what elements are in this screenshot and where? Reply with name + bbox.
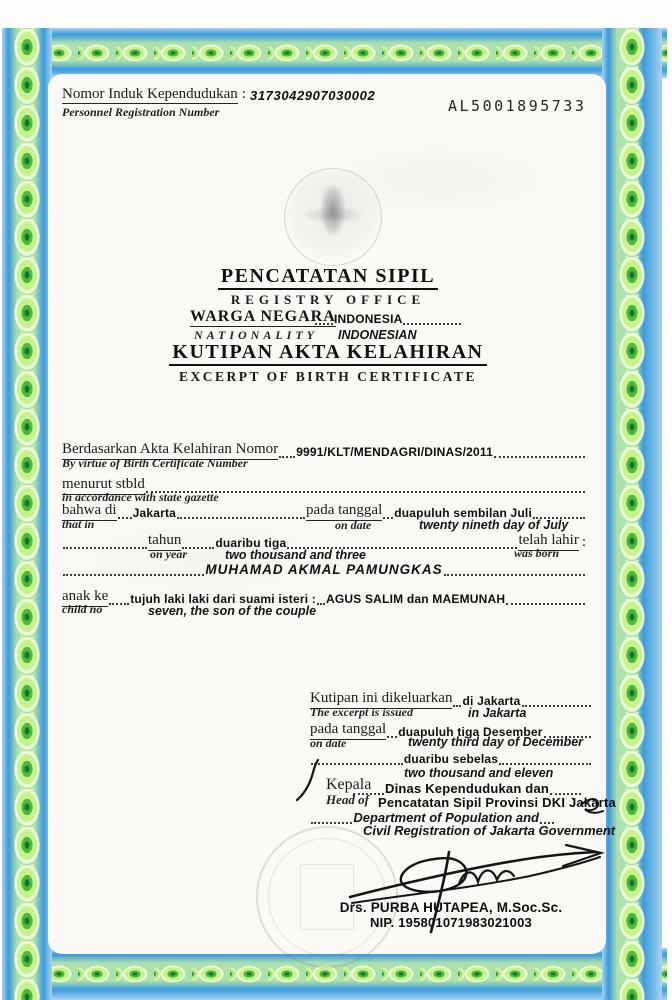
- basis-value: 9991/KLT/MENDAGRI/DINAS/2011: [296, 446, 493, 460]
- issue-year-row: duaribu sebelas: [310, 751, 592, 767]
- dotted-leader: [383, 505, 393, 519]
- issue-date-en: twenty third day of December: [408, 735, 583, 749]
- signer-nip: NIP. 195801071983021003: [310, 916, 592, 931]
- nik-field: Nomor Induk Kependudukan : Personnel Reg…: [62, 85, 246, 121]
- year-label-en: on year: [150, 548, 187, 562]
- title-registry-office: REGISTRY OFFICE: [52, 292, 604, 308]
- title-pencatatan-sipil: PENCATATAN SIPIL: [218, 265, 438, 290]
- dotted-leader: [403, 311, 461, 325]
- issued-place-en: in Jakarta: [468, 706, 526, 720]
- birth-certificate-scan: Nomor Induk Kependudukan : Personnel Reg…: [0, 0, 672, 1000]
- issue-year-id: duaribu sebelas: [404, 753, 498, 767]
- serial-number: AL5001895733: [448, 97, 586, 115]
- nik-value: 3173042907030002: [250, 89, 375, 104]
- birth-date-en: twenty nineth day of July: [419, 518, 568, 532]
- issue-date-label-en: on date: [310, 737, 346, 751]
- date-label-en: on date: [335, 519, 371, 533]
- place-label-en: that in: [62, 518, 94, 532]
- dotted-leader: [118, 505, 132, 519]
- dotted-leader: [63, 562, 204, 576]
- office-line2-id: Pencatatan Sipil Provinsi DKI Jakarta: [378, 796, 616, 811]
- dotted-leader: [387, 724, 397, 738]
- embossed-official-seal: [256, 826, 398, 968]
- child-name: MUHAMAD AKMAL PAMUNGKAS: [205, 562, 442, 578]
- child-value-en: seven, the son of the couple: [148, 604, 316, 618]
- dotted-leader: [279, 444, 295, 458]
- border-left: [2, 28, 52, 1000]
- dotted-leader: [315, 311, 333, 325]
- dotted-leader: [453, 693, 461, 707]
- dotted-leader: [522, 693, 591, 707]
- born-label-en: was born: [514, 547, 559, 561]
- dotted-leader: [550, 781, 581, 795]
- place-value: Jakarta: [133, 507, 176, 521]
- title-excerpt-birth-certificate: EXCERPT OF BIRTH CERTIFICATE: [52, 369, 604, 385]
- dotted-leader: [182, 535, 214, 549]
- nik-label-id: Nomor Induk Kependudukan: [62, 86, 238, 104]
- dotted-leader: [353, 781, 384, 795]
- dotted-leader: [444, 562, 585, 576]
- dotted-leader: [63, 535, 147, 549]
- registry-office-title: PENCATATAN SIPIL REGISTRY OFFICE: [52, 265, 604, 308]
- nationality-value-row: INDONESIA: [314, 311, 462, 327]
- nik-label-en: Personnel Registration Number: [62, 105, 219, 119]
- border-right: [602, 28, 662, 1000]
- dotted-leader: [311, 751, 403, 765]
- birth-year-en: two thousand and three: [225, 548, 366, 562]
- dotted-leader: [311, 810, 352, 824]
- dotted-leader: [287, 535, 517, 549]
- child-value-id-2: AGUS SALIM dan MAEMUNAH: [326, 593, 505, 607]
- border-top: [2, 28, 667, 78]
- title-kutipan-akta-kelahiran: KUTIPAN AKTA KELAHIRAN: [169, 341, 486, 366]
- child-label-en: child no: [62, 603, 102, 617]
- dotted-leader: [533, 505, 585, 519]
- document-title: KUTIPAN AKTA KELAHIRAN EXCERPT OF BIRTH …: [52, 341, 604, 385]
- basis-label-en: By virtue of Birth Certificate Number: [62, 457, 248, 471]
- nationality-value-id: INDONESIA: [334, 313, 402, 327]
- dotted-leader: [540, 810, 554, 824]
- issued-label-en: The excerpt is issued: [310, 706, 413, 720]
- dotted-leader: [494, 444, 585, 458]
- nik-colon: :: [242, 86, 246, 102]
- dotted-leader: [109, 591, 129, 605]
- child-number-row: anak ke tujuh laki laki dari suami ister…: [62, 588, 586, 607]
- dotted-leader: [499, 751, 591, 765]
- nationality-label-en: NATIONALITY: [194, 328, 318, 342]
- dotted-leader: [177, 505, 305, 519]
- signer-name: Drs. PURBA HUTAPEA, M.Soc.Sc.: [310, 900, 592, 916]
- garuda-emblem-watermark: [284, 168, 382, 266]
- dotted-leader: [506, 591, 585, 605]
- issue-year-en: two thousand and eleven: [404, 766, 553, 780]
- child-name-row: MUHAMAD AKMAL PAMUNGKAS: [62, 562, 586, 578]
- born-colon: :: [582, 534, 586, 551]
- dotted-leader: [317, 591, 325, 605]
- office-line2-en: Civil Registration of Jakarta Government: [363, 824, 615, 839]
